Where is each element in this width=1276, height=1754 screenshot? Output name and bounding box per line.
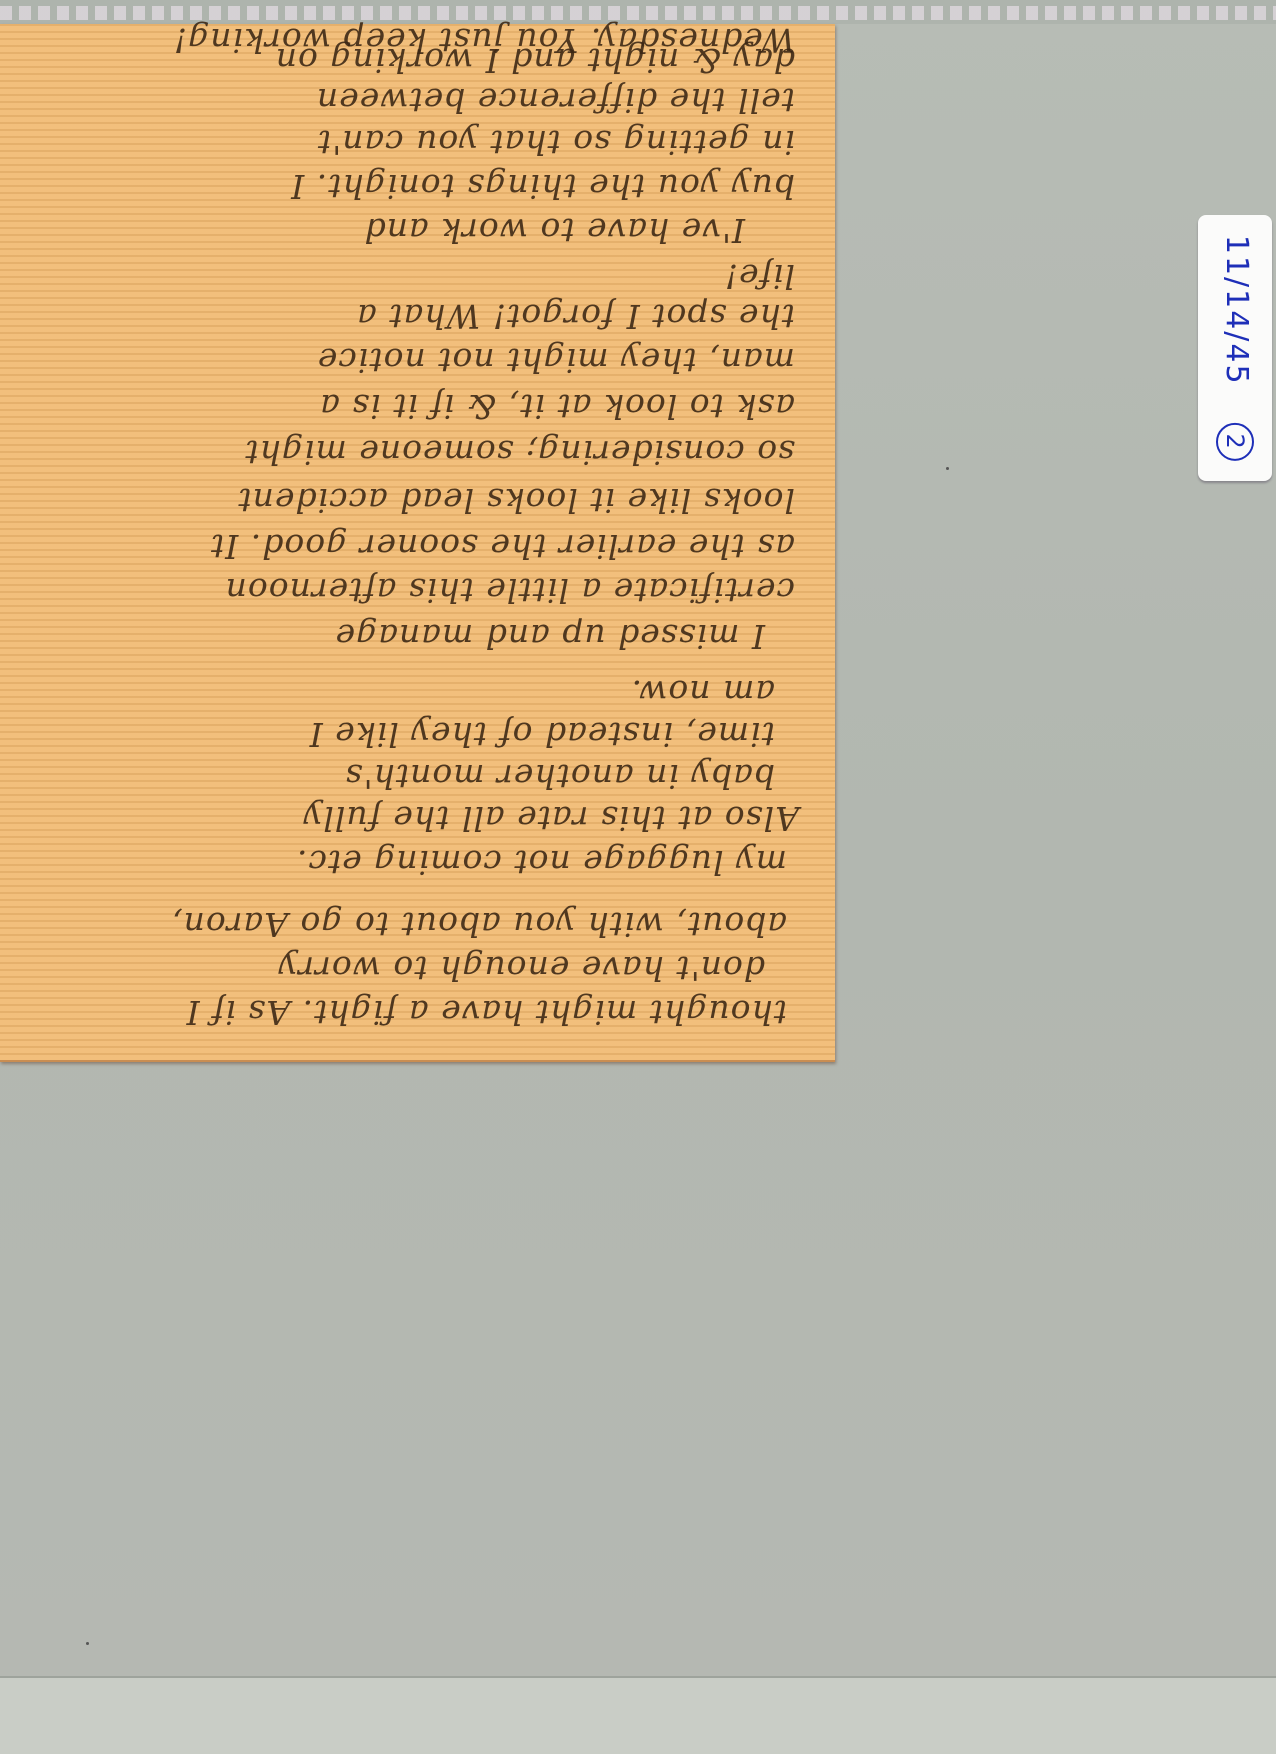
letter-line: looks like it looks lead accident bbox=[40, 481, 795, 520]
letter-line: tell the difference between bbox=[40, 81, 795, 120]
letter-line: am now. bbox=[40, 673, 775, 712]
letter-line: I missed up and manage bbox=[40, 617, 765, 656]
letter-line: Wednesday. You just keep working! bbox=[40, 21, 795, 60]
letter-text-rotated: thought might have a fight. As if I don'… bbox=[0, 24, 835, 1060]
dust-speck bbox=[946, 467, 949, 470]
sleeve-perforation bbox=[0, 6, 1276, 20]
sticker-label: 11/14/45 2 bbox=[1216, 235, 1254, 461]
letter-line: so considering; someone might bbox=[40, 433, 795, 472]
letter-line: ask to look at it, & if it is a bbox=[40, 387, 795, 426]
letter-line: I've have to work and bbox=[40, 211, 745, 250]
letter-line: time, instead of they like I bbox=[40, 715, 775, 754]
letter-line: life! bbox=[40, 257, 795, 296]
letter-line: in getting so that you can't bbox=[40, 123, 795, 162]
date-sticker: 11/14/45 2 bbox=[1198, 215, 1272, 481]
letter-line: don't have enough to worry bbox=[40, 949, 765, 988]
letter-line: as the earlier the sooner good. It bbox=[40, 527, 795, 566]
page-number-circle: 2 bbox=[1216, 423, 1254, 461]
letter-line: man, they might not notice bbox=[40, 341, 795, 380]
letter-line: baby in another month's bbox=[40, 757, 775, 796]
letter-page: thought might have a fight. As if I don'… bbox=[0, 24, 835, 1062]
letter-line: certificate a little this afternoon bbox=[40, 571, 795, 610]
letter-line: Also at this rate all the fully bbox=[40, 799, 799, 838]
sticker-date: 11/14/45 bbox=[1219, 235, 1254, 386]
letter-line: buy you the things tonight. I bbox=[40, 167, 795, 206]
letter-line: about, with you about to go Aaron, bbox=[40, 905, 787, 944]
sleeve-bottom-edge bbox=[0, 1676, 1276, 1754]
dust-speck bbox=[86, 1642, 89, 1645]
letter-line: thought might have a fight. As if I bbox=[40, 993, 787, 1032]
letter-line: the spot I forgot! What a bbox=[40, 297, 795, 336]
letter-line: my luggage not coming etc. bbox=[40, 843, 787, 882]
